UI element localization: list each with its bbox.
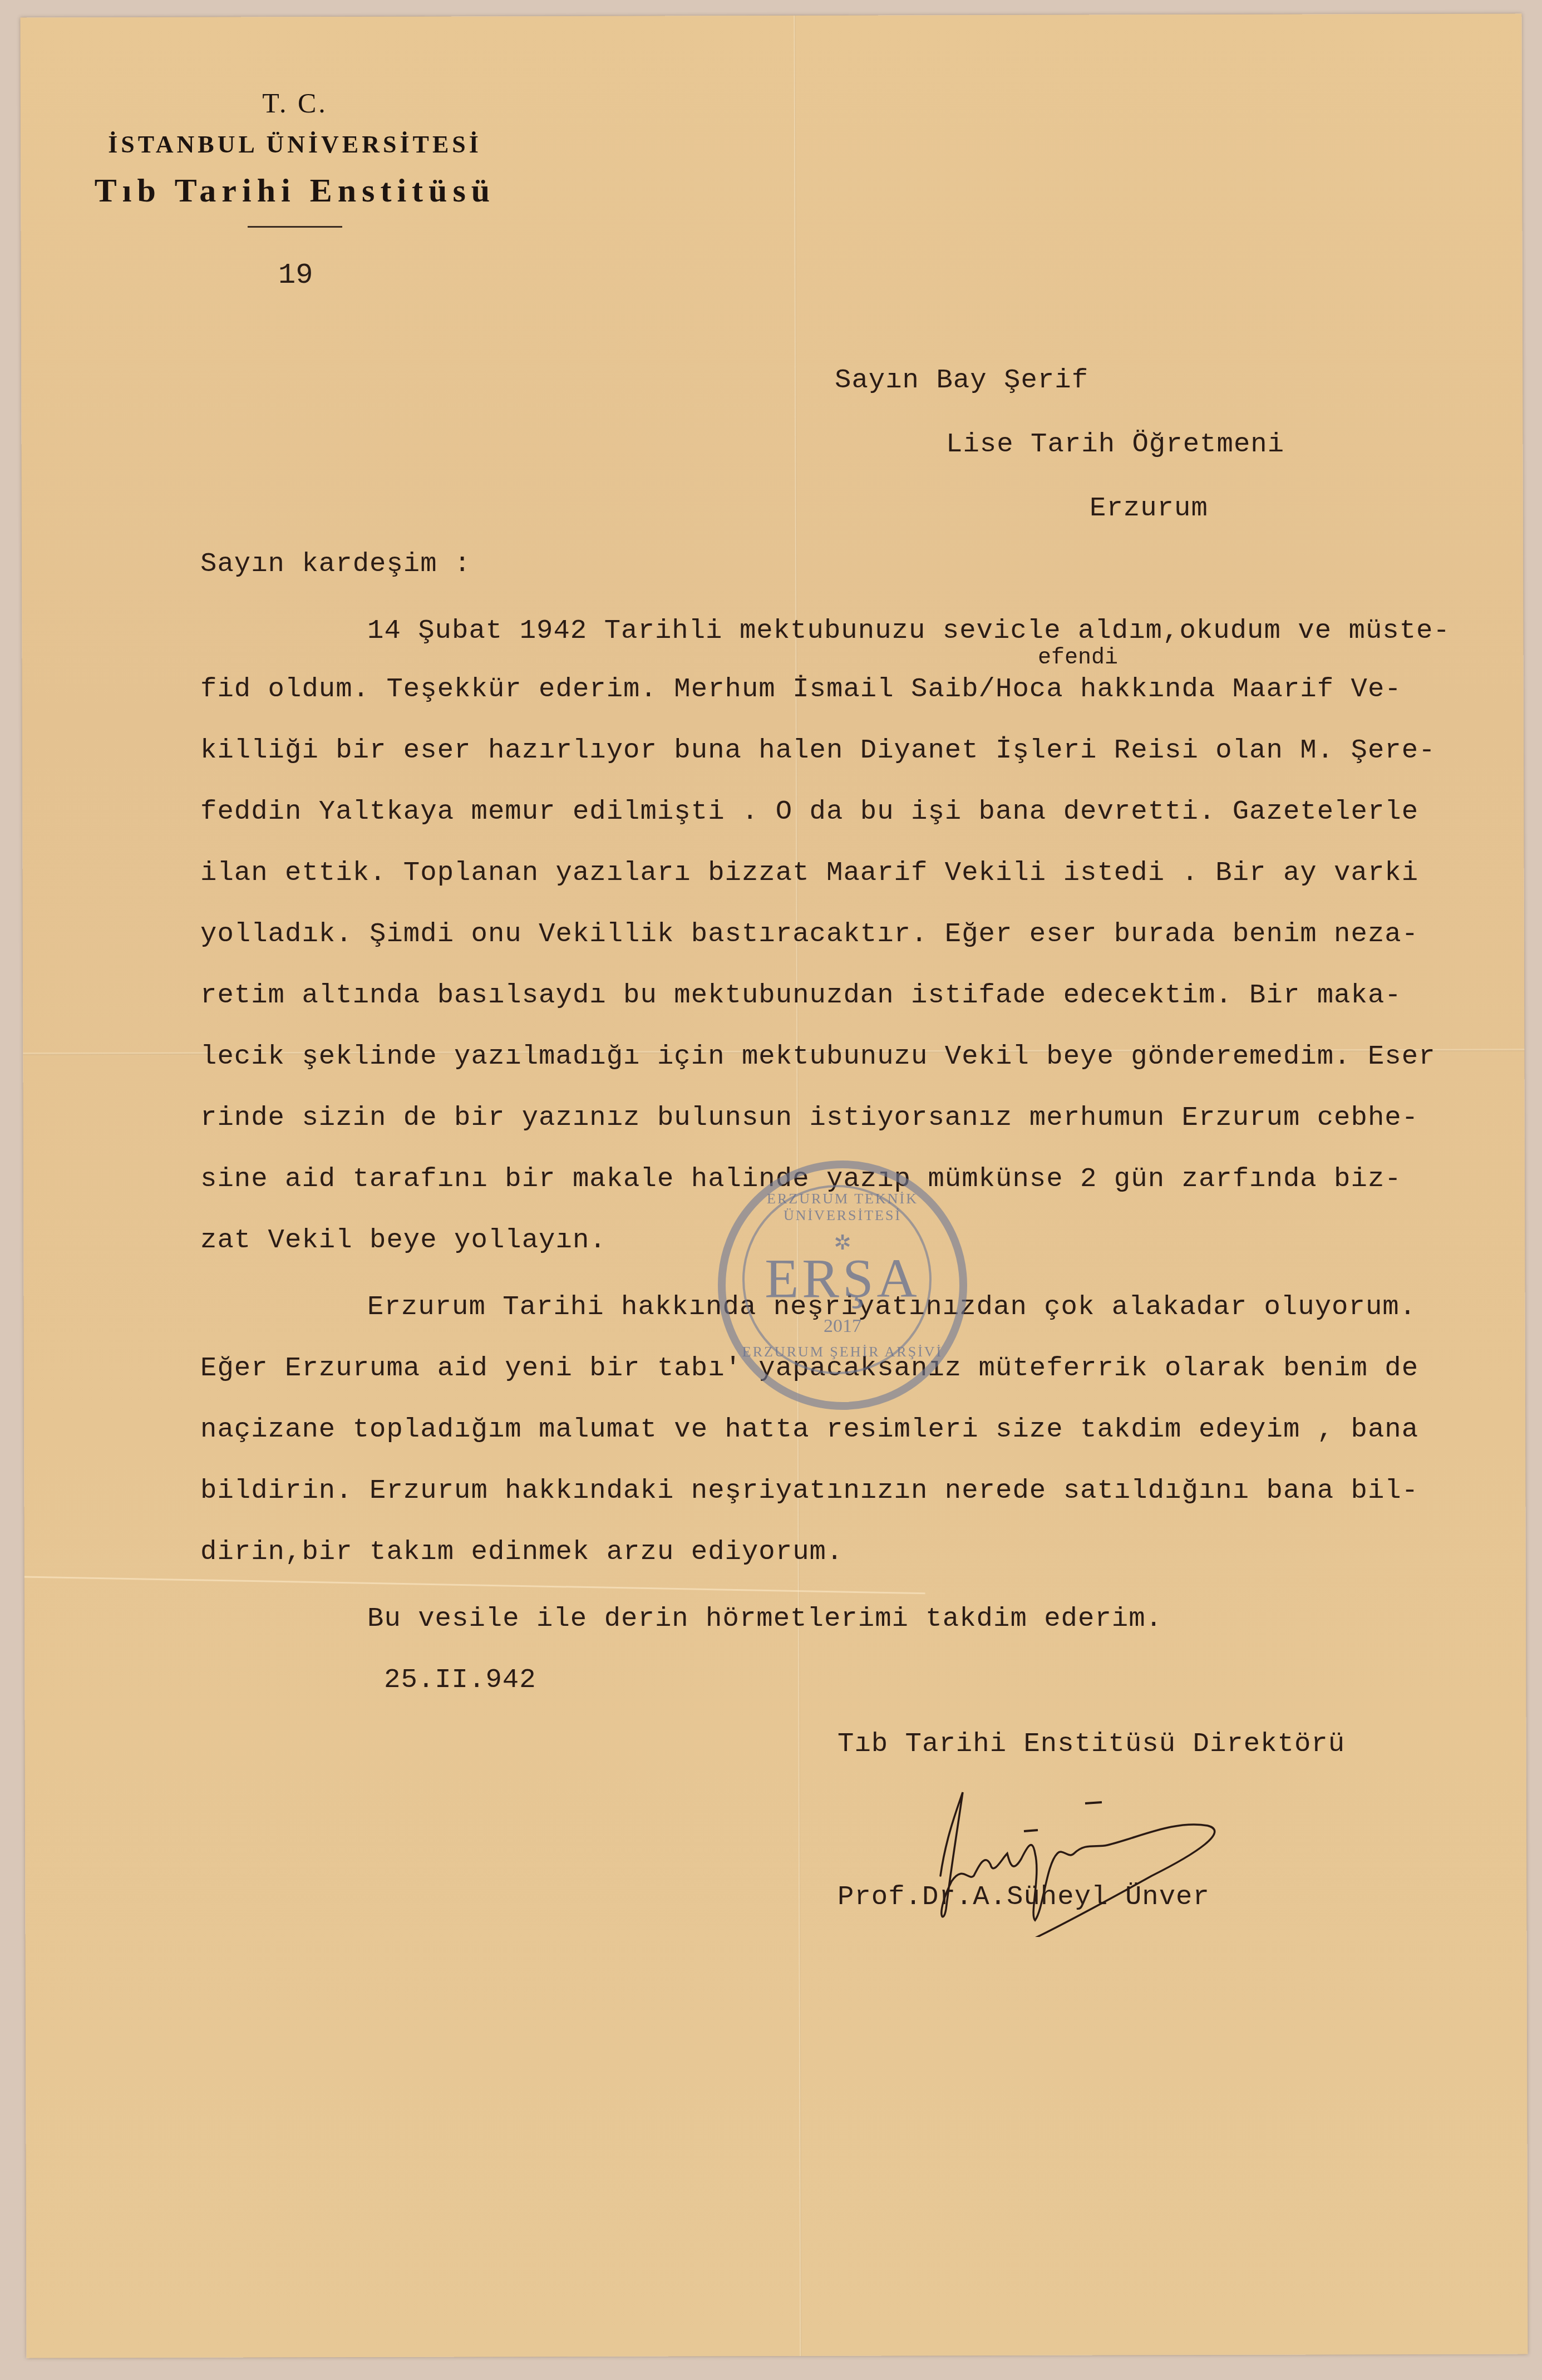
letterhead-university: İSTANBUL ÜNİVERSİTESİ	[83, 122, 506, 167]
document-number: 19	[278, 259, 313, 292]
body-line: 14 Şubat 1942 Tarihli mektubunuzu sevicl…	[367, 615, 1450, 646]
body-line: dirin,bir takım edinmek arzu ediyorum.	[200, 1536, 843, 1567]
stamp-bottom-text: ERZURUM ŞEHİR ARŞİVİ	[726, 1344, 959, 1360]
body-line: ilan ettik. Toplanan yazıları bizzat Maa…	[200, 857, 1418, 888]
body-line: killiği bir eser hazırlıyor buna halen D…	[200, 735, 1436, 766]
stamp-top-text: ERZURUM TEKNİK ÜNİVERSİTESİ	[726, 1191, 959, 1224]
lower-fold-crease	[24, 1576, 925, 1595]
letterhead-rule	[248, 226, 342, 228]
body-line: bildirin. Erzurum hakkındaki neşriyatını…	[200, 1475, 1418, 1506]
letterhead-institute: Tıb Tarihi Enstitüsü	[83, 167, 506, 214]
body-line: retim altında basılsaydı bu mektubunuzda…	[200, 980, 1402, 1011]
body-line: naçizane topladığım malumat ve hatta res…	[200, 1414, 1418, 1445]
addressee-city: Erzurum	[1090, 493, 1208, 524]
letterhead-tc: T. C.	[83, 83, 506, 122]
signatory-name: Prof.Dr.A.Süheyl Ünver	[837, 1881, 1210, 1912]
stamp-main-text: ERŞA	[726, 1246, 959, 1310]
body-line: rinde sizin de bir yazınız bulunsun isti…	[200, 1102, 1418, 1133]
body-line: yolladık. Şimdi onu Vekillik bastıracakt…	[200, 918, 1418, 950]
body-line: zat Vekil beye yollayın.	[200, 1225, 607, 1256]
salutation: Sayın kardeşim :	[200, 548, 471, 579]
interlinear-note: efendi	[1038, 646, 1118, 671]
body-line: feddin Yaltkaya memur edilmişti . O da b…	[200, 796, 1418, 827]
closing-line: Bu vesile ile derin hörmetlerimi takdim …	[367, 1603, 1162, 1634]
addressee-name: Sayın Bay Şerif	[835, 365, 1088, 396]
addressee-title: Lise Tarih Öğretmeni	[946, 429, 1284, 460]
archive-stamp: ERZURUM TEKNİK ÜNİVERSİTESİ ✲ ERŞA 2017 …	[718, 1161, 967, 1410]
signatory-title: Tıb Tarihi Enstitüsü Direktörü	[837, 1728, 1345, 1759]
body-line: fid oldum. Teşekkür ederim. Merhum İsmai…	[200, 673, 1402, 705]
stamp-year: 2017	[726, 1316, 959, 1337]
body-line: lecik şeklinde yazılmadığı için mektubun…	[200, 1041, 1436, 1072]
letter-date: 25.II.942	[384, 1664, 536, 1695]
letterhead: T. C. İSTANBUL ÜNİVERSİTESİ Tıb Tarihi E…	[83, 83, 506, 228]
